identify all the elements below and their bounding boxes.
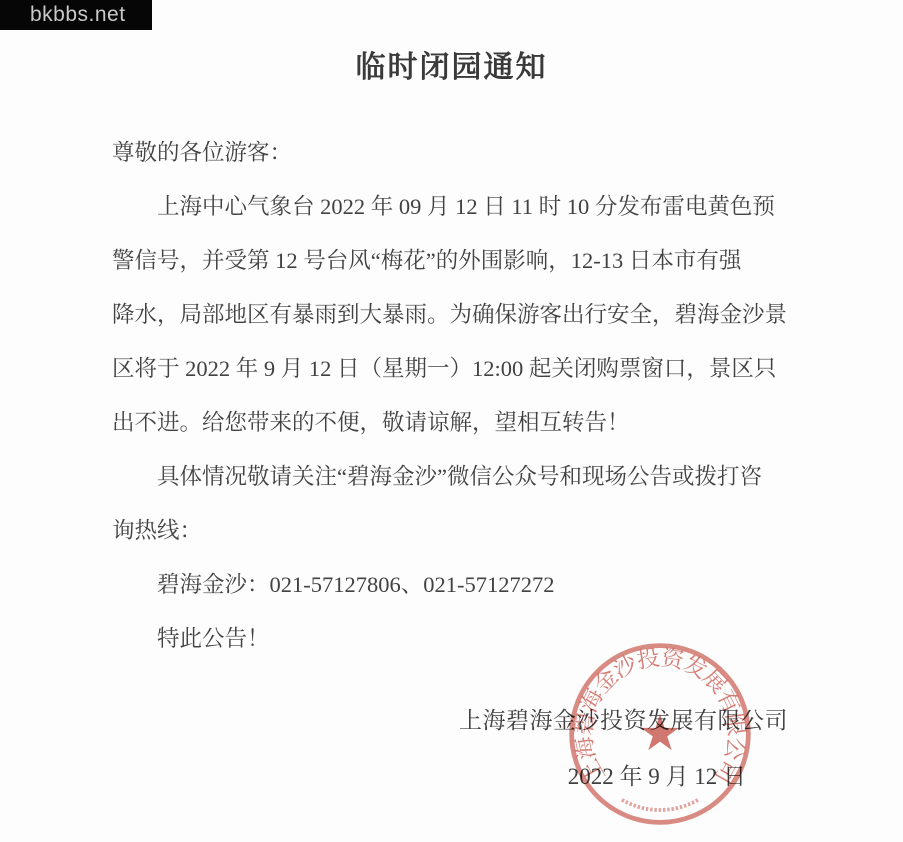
seal-serial-arc [622,800,698,810]
body-line: 区将于 2022 年 9 月 12 日（星期一）12:00 起关闭购票窗口，景区… [112,342,802,396]
body-line: 出不进。给您带来的不便，敬请谅解，望相互转告！ [112,396,802,450]
watermark-bar: bkbbs.net [0,0,152,30]
body-line: 询热线： [112,504,802,558]
body-line-hotline: 碧海金沙：021-57127806、021-57127272 [112,558,802,612]
body-line: 降水，局部地区有暴雨到大暴雨。为确保游客出行安全，碧海金沙景 [112,288,802,342]
watermark-label: bkbbs.net [0,3,126,27]
salutation: 尊敬的各位游客： [112,126,802,180]
company-seal-stamp: 上海碧海金沙投资发展有限公司 [565,639,755,829]
notice-title: 临时闭园通知 [0,42,903,86]
body-line: 上海中心气象台 2022 年 09 月 12 日 11 时 10 分发布雷电黄色… [112,180,802,234]
scanned-notice-page: bkbbs.net 临时闭园通知 尊敬的各位游客： 上海中心气象台 2022 年… [0,0,903,842]
body-line: 警信号，并受第 12 号台风“梅花”的外围影响，12-13 日本市有强 [112,234,802,288]
body-line: 具体情况敬请关注“碧海金沙”微信公众号和现场公告或拨打咨 [112,450,802,504]
notice-body: 尊敬的各位游客： 上海中心气象台 2022 年 09 月 12 日 11 时 1… [112,126,802,666]
seal-star-icon [641,714,679,750]
